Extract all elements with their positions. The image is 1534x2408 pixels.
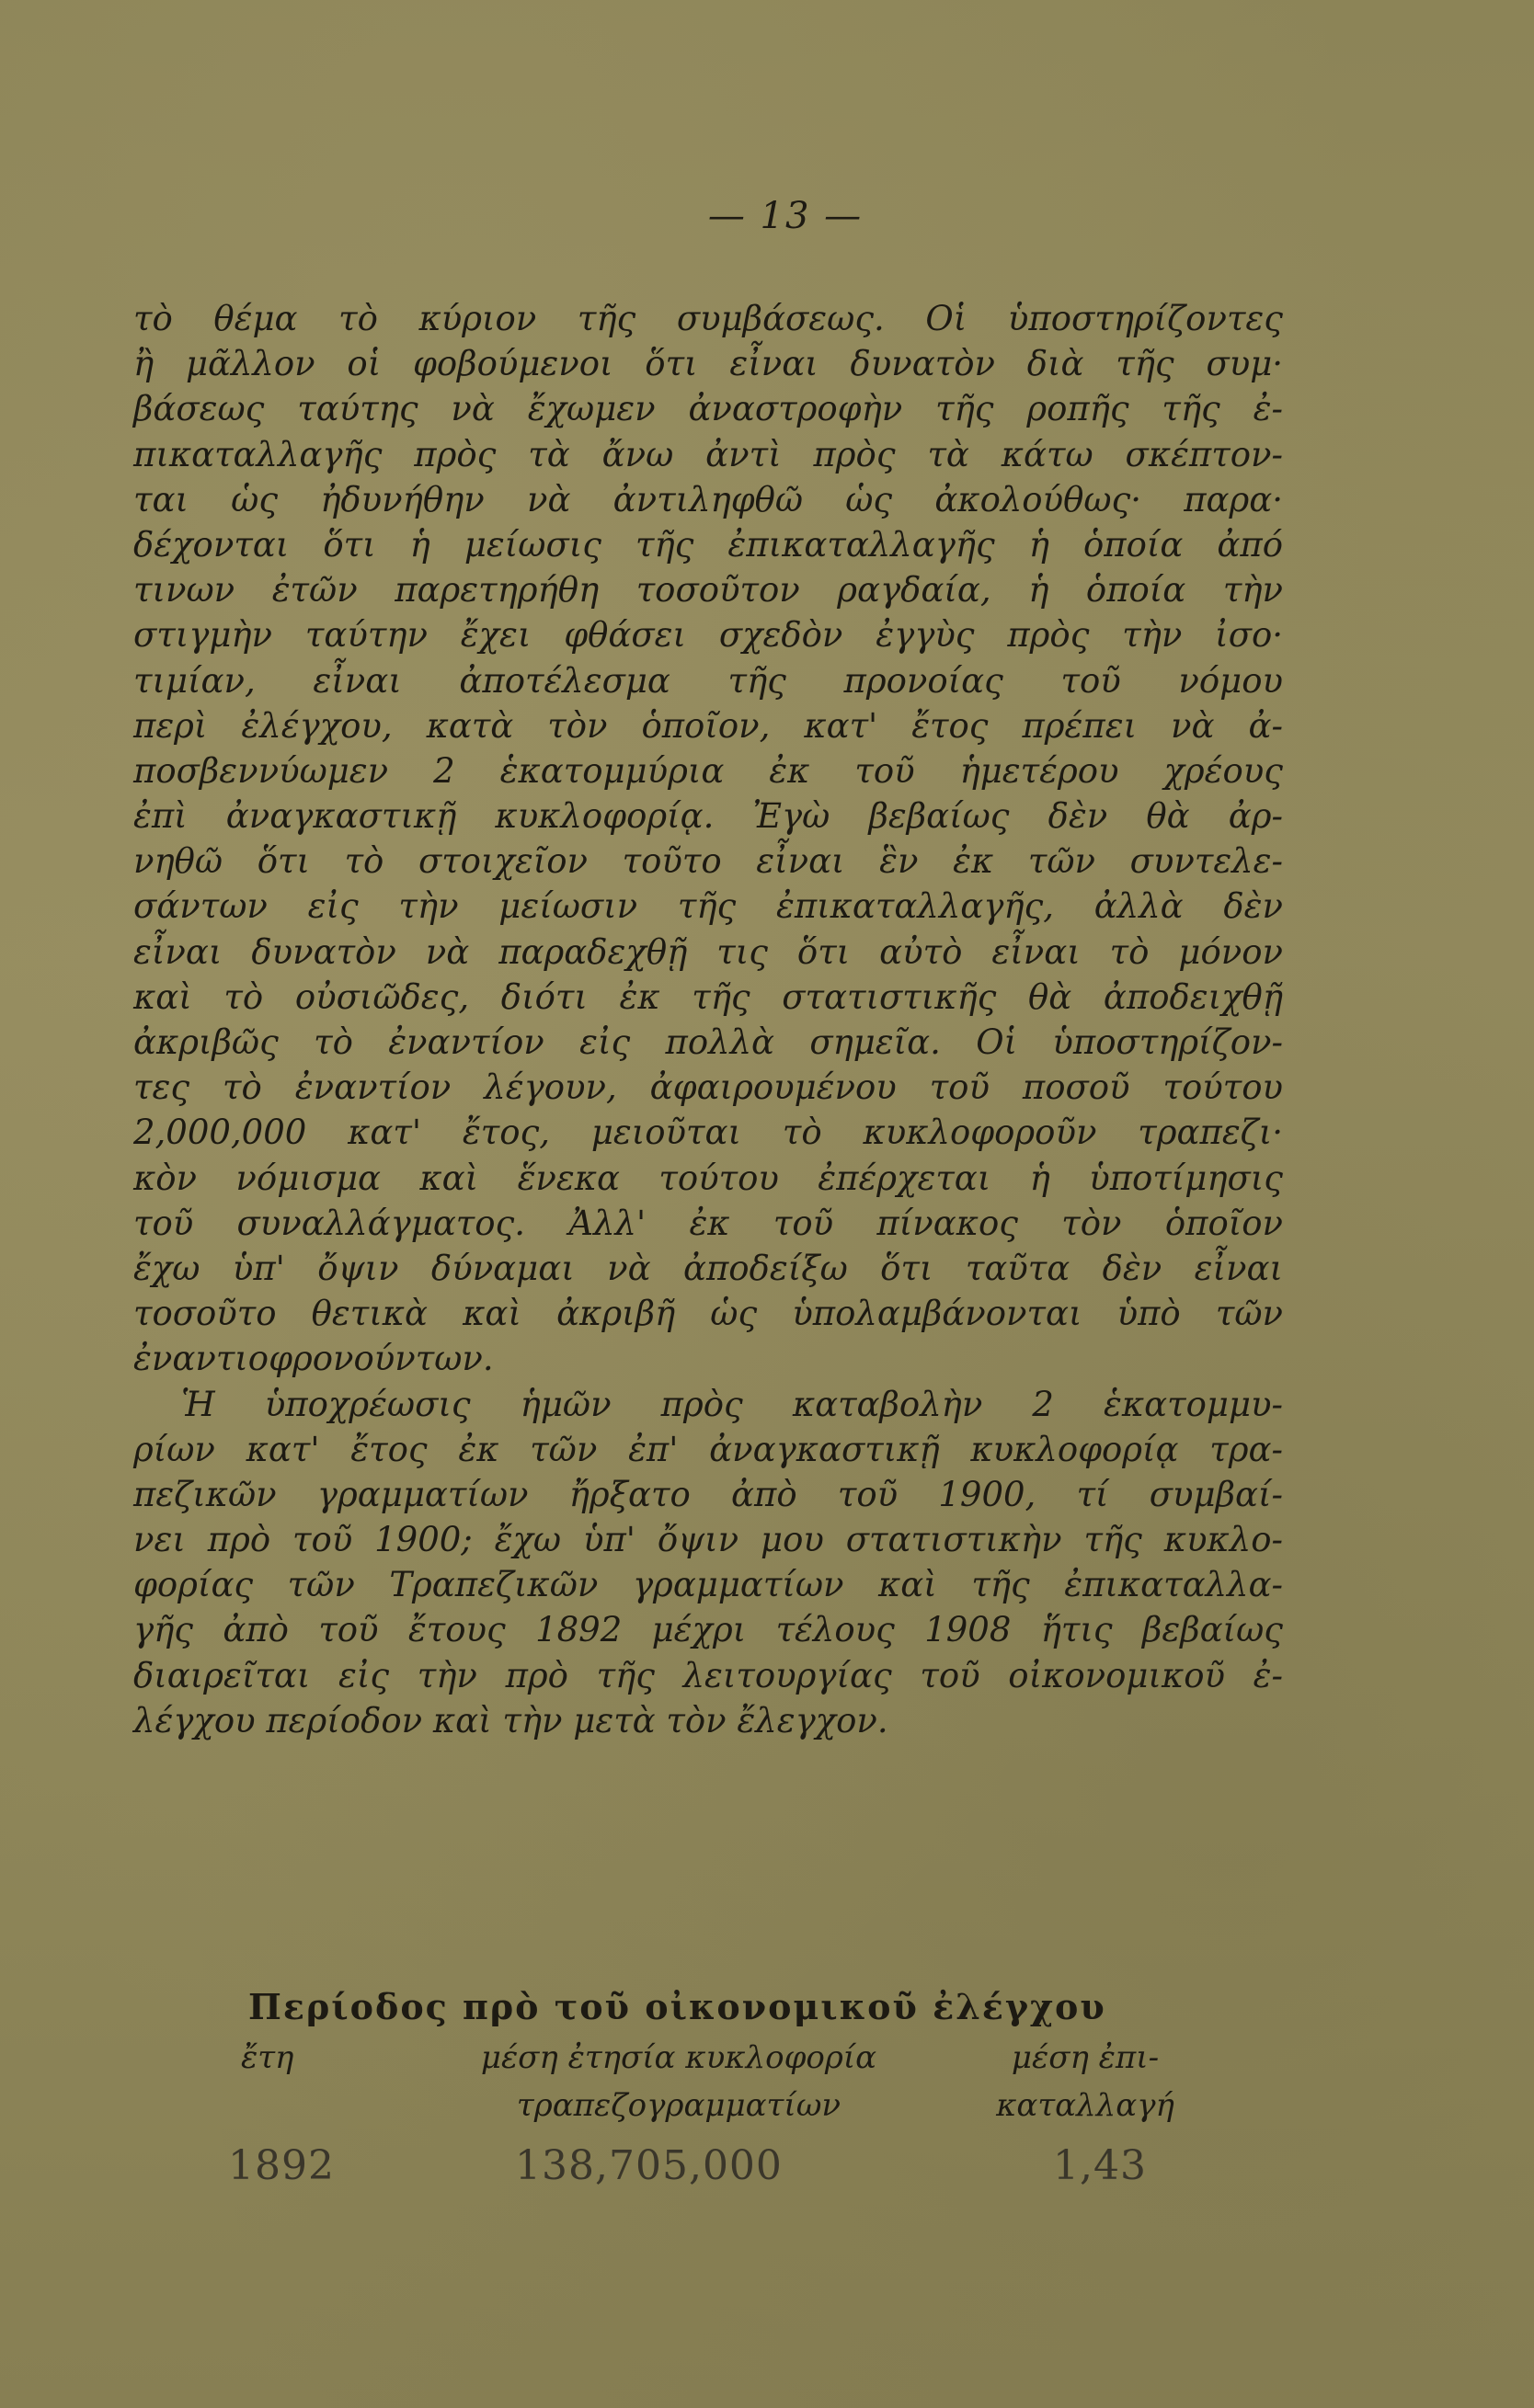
text-line: τὸ θέμα τὸ κύριον τῆς συμβάσεως. Οἱ ὑποσ…	[133, 296, 1283, 341]
header-rate-line2: καταλλαγή	[975, 2082, 1196, 2129]
text-line: ἐπὶ ἀναγκαστικῇ κυκλοφορίᾳ. Ἐγὼ βεβαίως …	[133, 793, 1283, 839]
header-years-label: ἔτη	[241, 2034, 293, 2082]
text-line: ἀκριβῶς τὸ ἐναντίον εἰς πολλὰ σημεῖα. Οἱ…	[133, 1020, 1283, 1065]
text-line: ἔχω ὑπ' ὄψιν δύναμαι νὰ ἀποδείξω ὅτι ταῦ…	[133, 1246, 1283, 1291]
page-number: — 13 —	[0, 195, 1534, 237]
text-line: 2,000,000 κατ' ἔτος, μειοῦται τὸ κυκλοφο…	[133, 1110, 1283, 1155]
text-line: νει πρὸ τοῦ 1900; ἔχω ὑπ' ὄψιν μου στατι…	[133, 1517, 1283, 1562]
table-header-circulation: μέση ἐτησία κυκλοφορία τραπεζογραμματίων	[403, 2034, 955, 2129]
header-circulation-line2: τραπεζογραμματίων	[403, 2082, 955, 2129]
table-header-exchange-rate: μέση ἐπι- καταλλαγή	[975, 2034, 1196, 2129]
text-line: λέγχου περίοδον καὶ τὴν μετὰ τὸν ἔλεγχον…	[133, 1698, 1283, 1743]
text-line: διαιρεῖται εἰς τὴν πρὸ τῆς λειτουργίας τ…	[133, 1653, 1283, 1698]
text-line: ποσβεννύωμεν 2 ἑκατομμύρια ἐκ τοῦ ἡμετέρ…	[133, 748, 1283, 793]
table-cell-rate: 1,43	[1053, 2142, 1147, 2189]
table-cell-circulation: 138,705,000	[515, 2142, 783, 2189]
text-line: ἢ μᾶλλον οἱ φοβούμενοι ὅτι εἶναι δυνατὸν…	[133, 341, 1283, 386]
table-cell-year: 1892	[228, 2142, 335, 2189]
text-line: κὸν νόμισμα καὶ ἕνεκα τούτου ἐπέρχεται ἡ…	[133, 1156, 1283, 1201]
text-line: τες τὸ ἐναντίον λέγουν, ἀφαιρουμένου τοῦ…	[133, 1065, 1283, 1110]
text-line: περὶ ἐλέγχου, κατὰ τὸν ὁποῖον, κατ' ἔτος…	[133, 703, 1283, 748]
text-line: Ἡ ὑποχρέωσις ἡμῶν πρὸς καταβολὴν 2 ἑκατο…	[133, 1382, 1283, 1427]
text-line: στιγμὴν ταύτην ἔχει φθάσει σχεδὸν ἐγγὺς …	[133, 612, 1283, 657]
text-line: εἶναι δυνατὸν νὰ παραδεχθῇ τις ὅτι αὐτὸ …	[133, 930, 1283, 975]
text-line: καὶ τὸ οὐσιῶδες, διότι ἐκ τῆς στατιστικῆ…	[133, 975, 1283, 1020]
text-line: πικαταλλαγῆς πρὸς τὰ ἄνω ἀντὶ πρὸς τὰ κά…	[133, 432, 1283, 477]
header-circulation-line1: μέση ἐτησία κυκλοφορία	[403, 2034, 955, 2082]
text-line: βάσεως ταύτης νὰ ἔχωμεν ἀναστροφὴν τῆς ρ…	[133, 386, 1283, 431]
body-text: τὸ θέμα τὸ κύριον τῆς συμβάσεως. Οἱ ὑποσ…	[133, 296, 1283, 1743]
text-line: τιμίαν, εἶναι ἀποτέλεσμα τῆς προνοίας το…	[133, 658, 1283, 703]
text-line: ἐναντιοφρονούντων.	[133, 1336, 1283, 1381]
table-title: Περίοδος πρὸ τοῦ οἰκονομικοῦ ἐλέγχου	[248, 1986, 1168, 2027]
text-line: δέχονται ὅτι ἡ μείωσις τῆς ἐπικαταλλαγῆς…	[133, 522, 1283, 567]
text-line: σάντων εἰς τὴν μείωσιν τῆς ἐπικαταλλαγῆς…	[133, 884, 1283, 929]
text-line: τοσοῦτο θετικὰ καὶ ἀκριβῆ ὡς ὑπολαμβάνον…	[133, 1291, 1283, 1336]
text-line: νηθῶ ὅτι τὸ στοιχεῖον τοῦτο εἶναι ἓν ἐκ …	[133, 839, 1283, 884]
header-rate-line1: μέση ἐπι-	[975, 2034, 1196, 2082]
text-line: γῆς ἀπὸ τοῦ ἔτους 1892 μέχρι τέλους 1908…	[133, 1607, 1283, 1652]
text-line: ται ὡς ἠδυνήθην νὰ ἀντιληφθῶ ὡς ἀκολούθω…	[133, 477, 1283, 522]
text-line: τοῦ συναλλάγματος. Ἀλλ' ἐκ τοῦ πίνακος τ…	[133, 1201, 1283, 1246]
text-line: πεζικῶν γραμματίων ἤρξατο ἀπὸ τοῦ 1900, …	[133, 1472, 1283, 1517]
text-line: φορίας τῶν Τραπεζικῶν γραμματίων καὶ τῆς…	[133, 1562, 1283, 1607]
text-line: τινων ἐτῶν παρετηρήθη τοσοῦτον ραγδαία, …	[133, 567, 1283, 612]
table-header-years: ἔτη	[241, 2034, 293, 2082]
text-line: ρίων κατ' ἔτος ἐκ τῶν ἐπ' ἀναγκαστικῇ κυ…	[133, 1427, 1283, 1472]
